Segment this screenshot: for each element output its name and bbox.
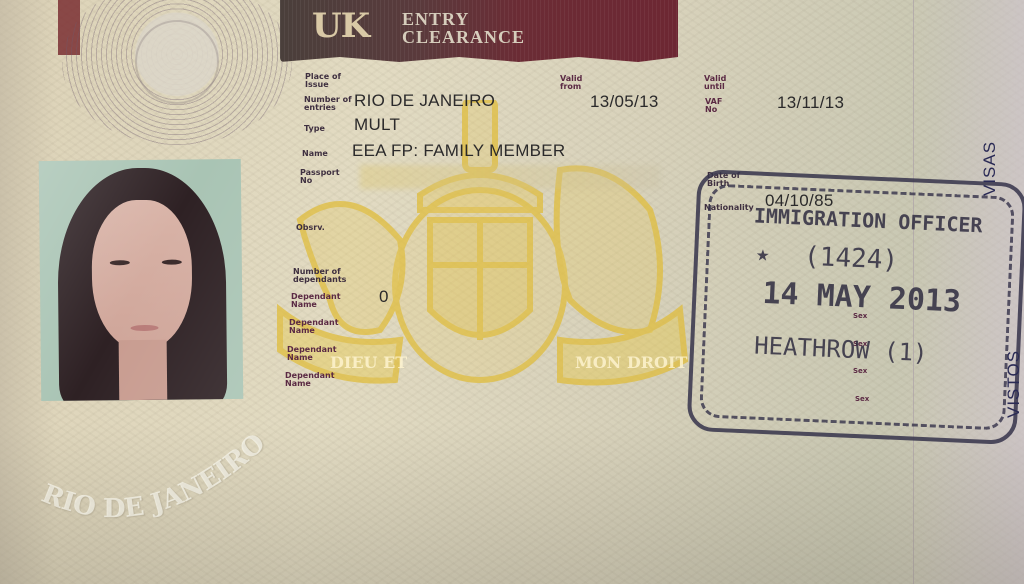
star-icon: ★ [756, 242, 770, 268]
label-place-of-issue: Place of Issue [305, 73, 355, 89]
value-number-of-dependants: 0 [379, 287, 389, 307]
uk-logo: UK [312, 6, 369, 46]
label-passport-no: Passport No [300, 169, 348, 185]
visa-title: ENTRY CLEARANCE [402, 10, 525, 46]
laminate-gloss [39, 159, 244, 401]
value-number-of-entries: MULT [354, 115, 400, 135]
side-text-vistos: VISTOS [1004, 350, 1024, 418]
value-valid-until: 13/11/13 [777, 93, 844, 113]
motto-right: MON DROIT [575, 353, 687, 372]
immigration-entry-stamp: IMMIGRATION OFFICER ★ (1424) 14 MAY 2013… [686, 169, 1024, 445]
label-dependant-4: Dependant Name [285, 372, 345, 388]
emboss-text: RIO DE JANEIRO [37, 428, 271, 524]
holder-photo [39, 159, 244, 401]
label-dependant-2: Dependant Name [289, 319, 349, 335]
label-number-of-entries: Number of entries [304, 96, 354, 112]
label-dependant-3: Dependant Name [287, 346, 347, 362]
value-type: EEA FP: FAMILY MEMBER [352, 141, 566, 161]
title-line-2: CLEARANCE [402, 28, 525, 46]
value-place-of-issue: RIO DE JANEIRO [354, 91, 495, 111]
value-valid-from: 13/05/13 [590, 92, 659, 112]
label-observations: Obsrv. [296, 224, 325, 232]
stamp-officer-number: (1424) [803, 242, 898, 276]
passport-visa-page: UK ENTRY CLEARANCE DIEU ET MON DROIT [0, 0, 1024, 584]
label-number-of-dependants: Number of dependants [293, 268, 363, 284]
label-valid-from: Valid from [560, 75, 590, 91]
label-vaf-no: VAF No [705, 98, 727, 114]
label-dependant-1: Dependant Name [291, 293, 351, 309]
svg-text:RIO DE JANEIRO: RIO DE JANEIRO [37, 428, 271, 524]
label-type: Type [304, 125, 325, 133]
side-text-visas: VISAS [980, 141, 1000, 196]
rosette-center [135, 20, 219, 104]
visa-header: UK ENTRY CLEARANCE [280, 0, 678, 62]
passport-number-obscured [360, 165, 660, 189]
title-line-1: ENTRY [402, 10, 525, 28]
label-valid-until: Valid until [704, 75, 734, 91]
label-name: Name [302, 150, 328, 158]
embossed-seal: RIO DE JANEIRO [20, 390, 320, 540]
